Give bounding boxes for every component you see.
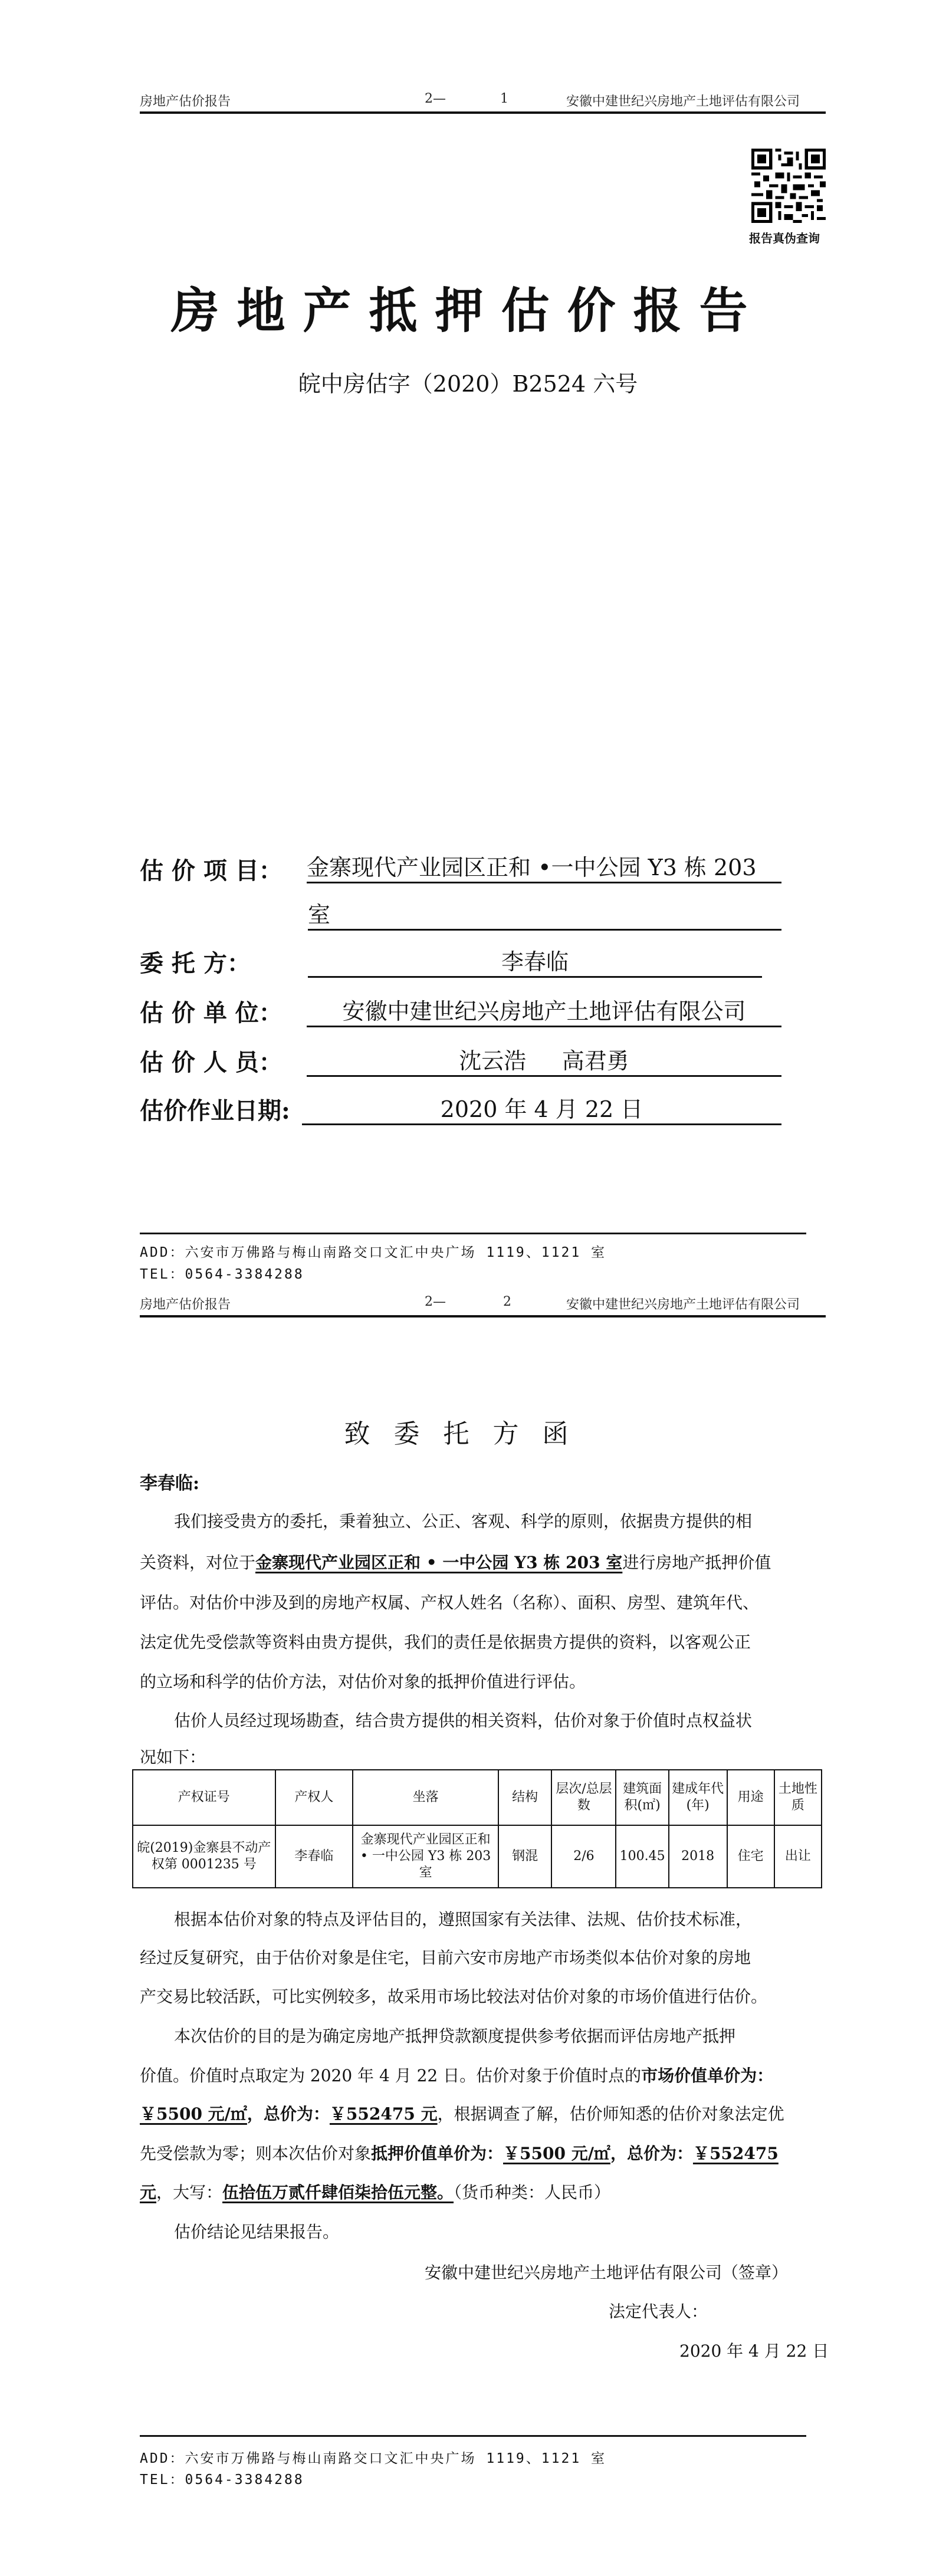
mortgage-unit-price: ￥5500 元/㎡ [503,2144,610,2163]
header-left: 房地产估价报告 [140,91,231,110]
para4-line1: 本次估价的目的是为确定房地产抵押贷款额度提供参考依据而评估房地产抵押 [174,2025,852,2048]
para4-line4-pre: 先受偿款为零；则本次估价对象 [140,2144,371,2163]
footer-tel: TEL：0564-3384288 [140,2469,304,2488]
unit-label: 估 价 单 位： [140,994,283,1028]
col-cert-no: 产权证号 [133,1770,275,1825]
footer-address: ADD：六安市万佛路与梅山南路交口文汇中央广场 1119、1121 室 [140,2447,606,2467]
header-right: 安徽中建世纪兴房地产土地评估有限公司 [566,1294,800,1313]
market-total-label: ，总价为： [247,2104,330,2124]
para4-line3-post: ，根据调查了解，估价师知悉的估价对象法定优 [438,2104,784,2124]
currency-note: （货币种类：人民币） [454,2183,610,2202]
cell-land-type: 出让 [774,1825,822,1888]
col-area: 建筑面积(㎡) [616,1770,668,1825]
para2-line2: 况如下： [140,1746,818,1769]
para1-line1: 我们接受贵方的委托，秉着独立、公正、客观、科学的原则，依据贵方提供的相 [174,1510,852,1533]
para3-line1: 根据本估价对象的特点及评估目的，遵照国家有关法律、法规、估价技术标准， [174,1908,852,1931]
para2-line1: 估价人员经过现场勘查，结合贵方提供的相关资料，估价对象于价值时点权益状 [174,1709,852,1733]
para1-line2-pre: 关资料，对位于 [140,1553,255,1572]
para4-line5: 元，大写：伍拾伍万贰仟肆佰柒拾伍元整。（货币种类：人民币） [140,2181,818,2204]
para1-line5: 的立场和科学的估价方法，对估价对象的抵押价值进行评估。 [140,1670,818,1694]
header-right: 安徽中建世纪兴房地产土地评估有限公司 [566,91,800,110]
qr-code-icon[interactable] [751,147,826,224]
project-value-line2: 室 [308,896,781,931]
date-label: 估价作业日期: [140,1092,290,1126]
header-page-prefix: 2— [425,91,446,106]
footer-rule [140,2435,806,2437]
qr-label: 报告真伪查询 [749,229,820,246]
market-total-price: ￥552475 元 [330,2104,438,2124]
para4-line2-pre: 价值。价值时点取定为 2020 年 4 月 22 日。估价对象于价值时点的 [140,2066,641,2085]
cell-year: 2018 [669,1825,727,1888]
market-unit-price-label: 市场价值单价为： [641,2066,773,2085]
footer-tel: TEL：0564-3384288 [140,1263,304,1283]
para4-line4: 先受偿款为零；则本次估价对象抵押价值单价为：￥5500 元/㎡，总价为：￥552… [140,2142,818,2166]
header-page-number: 2 [503,1294,511,1309]
header-page-prefix: 2— [425,1294,446,1309]
mortgage-total-price: ￥552475 [693,2144,779,2163]
para1-line4: 法定优先受偿款等资料由贵方提供，我们的责任是依据贵方提供的资料，以客观公正 [140,1631,818,1654]
para1-line2: 关资料，对位于金寨现代产业园区正和 • 一中公园 Y3 栋 203 室进行房地产… [140,1551,818,1575]
header-rule [140,111,826,114]
col-usage: 用途 [727,1770,774,1825]
col-year: 建成年代(年) [669,1770,727,1825]
para1-line2-post: 进行房地产抵押价值 [622,1553,771,1572]
header-left: 房地产估价报告 [140,1294,231,1313]
col-structure: 结构 [498,1770,551,1825]
footer-rule [140,1233,806,1234]
signature-company: 安徽中建世纪兴房地产土地评估有限公司（签章） [425,2260,788,2283]
project-label: 估 价 项 目： [140,852,283,886]
signature-representative: 法定代表人： [609,2299,708,2322]
para3-line3: 产交易比较活跃，可比实例较多，故采用市场比较法对估价对象的市场价值进行估价。 [140,1985,818,2009]
date-value: 2020 年 4 月 22 日 [302,1091,781,1125]
mortgage-total-unit: 元 [140,2183,156,2202]
col-owner: 产权人 [275,1770,353,1825]
letter-title: 致委托方函 [0,1412,936,1450]
appraisers-value: 沈云浩 高君勇 [307,1043,781,1077]
capital-amount-label: ，大写： [156,2183,222,2202]
para1-line3: 评估。对估价中涉及到的房地产权属、产权人姓名（名称）、面积、房型、建筑年代、 [140,1591,818,1615]
para3-line2: 经过反复研究，由于估价对象是住宅，目前六安市房地产市场类似本估价对象的房地 [140,1946,818,1970]
project-value-line1: 金寨现代产业园区正和 •一中公园 Y3 栋 203 [307,849,781,883]
cell-floor: 2/6 [551,1825,616,1888]
mortgage-unit-price-label: 抵押价值单价为： [371,2144,503,2163]
client-label: 委 托 方： [140,945,251,978]
col-location: 坐落 [353,1770,498,1825]
unit-value: 安徽中建世纪兴房地产土地评估有限公司 [307,993,781,1027]
cell-area: 100.45 [616,1825,668,1888]
document-number: 皖中房估字（2020）B2524 六号 [0,366,936,398]
cell-structure: 钢混 [498,1825,551,1888]
para5: 估价结论见结果报告。 [174,2220,852,2244]
client-value: 李春临 [308,944,762,978]
report-title: 房地产抵押估价报告 [0,272,936,341]
header-rule [140,1315,826,1317]
mortgage-total-label: ，总价为： [610,2144,693,2163]
cell-owner: 李春临 [275,1825,353,1888]
cell-usage: 住宅 [727,1825,774,1888]
market-unit-price: ￥5500 元/㎡ [140,2104,247,2124]
appraisers-label: 估 价 人 员： [140,1044,283,1077]
cell-cert-no: 皖(2019)金寨县不动产权第 0001235 号 [133,1825,275,1888]
para4-line3: ￥5500 元/㎡，总价为：￥552475 元，根据调查了解，估价师知悉的估价对… [140,2102,818,2126]
table-header-row: 产权证号 产权人 坐落 结构 层次/总层数 建筑面积(㎡) 建成年代(年) 用途… [133,1770,822,1825]
cell-location: 金寨现代产业园区正和 • 一中公园 Y3 栋 203 室 [353,1825,498,1888]
capital-amount: 伍拾伍万贰仟肆佰柒拾伍元整。 [222,2183,454,2202]
property-address: 金寨现代产业园区正和 • 一中公园 Y3 栋 203 室 [255,1553,622,1572]
footer-address: ADD：六安市万佛路与梅山南路交口文汇中央广场 1119、1121 室 [140,1241,606,1261]
col-land-type: 土地性质 [774,1770,822,1825]
property-info-table: 产权证号 产权人 坐落 结构 层次/总层数 建筑面积(㎡) 建成年代(年) 用途… [132,1769,822,1888]
para4-line2: 价值。价值时点取定为 2020 年 4 月 22 日。估价对象于价值时点的市场价… [140,2064,818,2088]
col-floor: 层次/总层数 [551,1770,616,1825]
header-page-number: 1 [500,91,508,106]
signature-date: 2020 年 4 月 22 日 [679,2338,829,2362]
addressee: 李春临: [140,1468,199,1494]
table-row: 皖(2019)金寨县不动产权第 0001235 号 李春临 金寨现代产业园区正和… [133,1825,822,1888]
